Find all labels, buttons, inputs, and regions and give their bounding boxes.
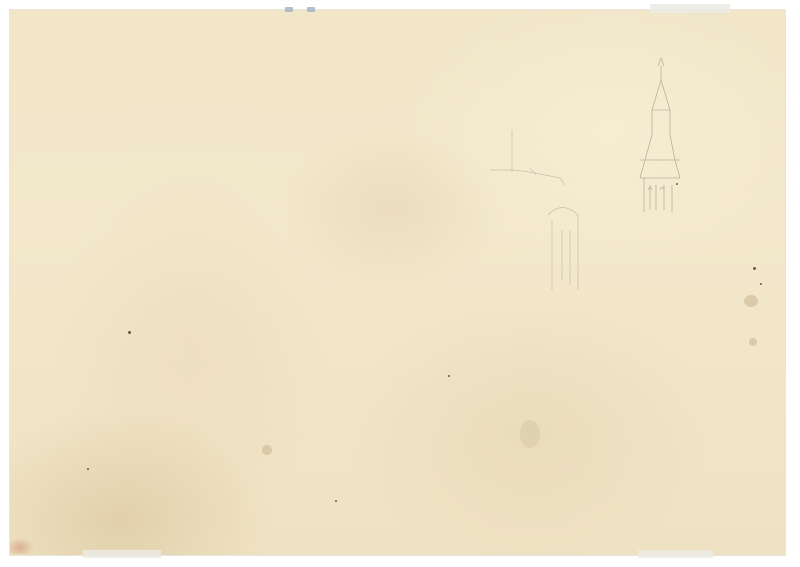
building-sketch bbox=[490, 130, 578, 290]
pencil-sketches bbox=[0, 0, 800, 567]
church-tower-sketch bbox=[640, 58, 680, 212]
